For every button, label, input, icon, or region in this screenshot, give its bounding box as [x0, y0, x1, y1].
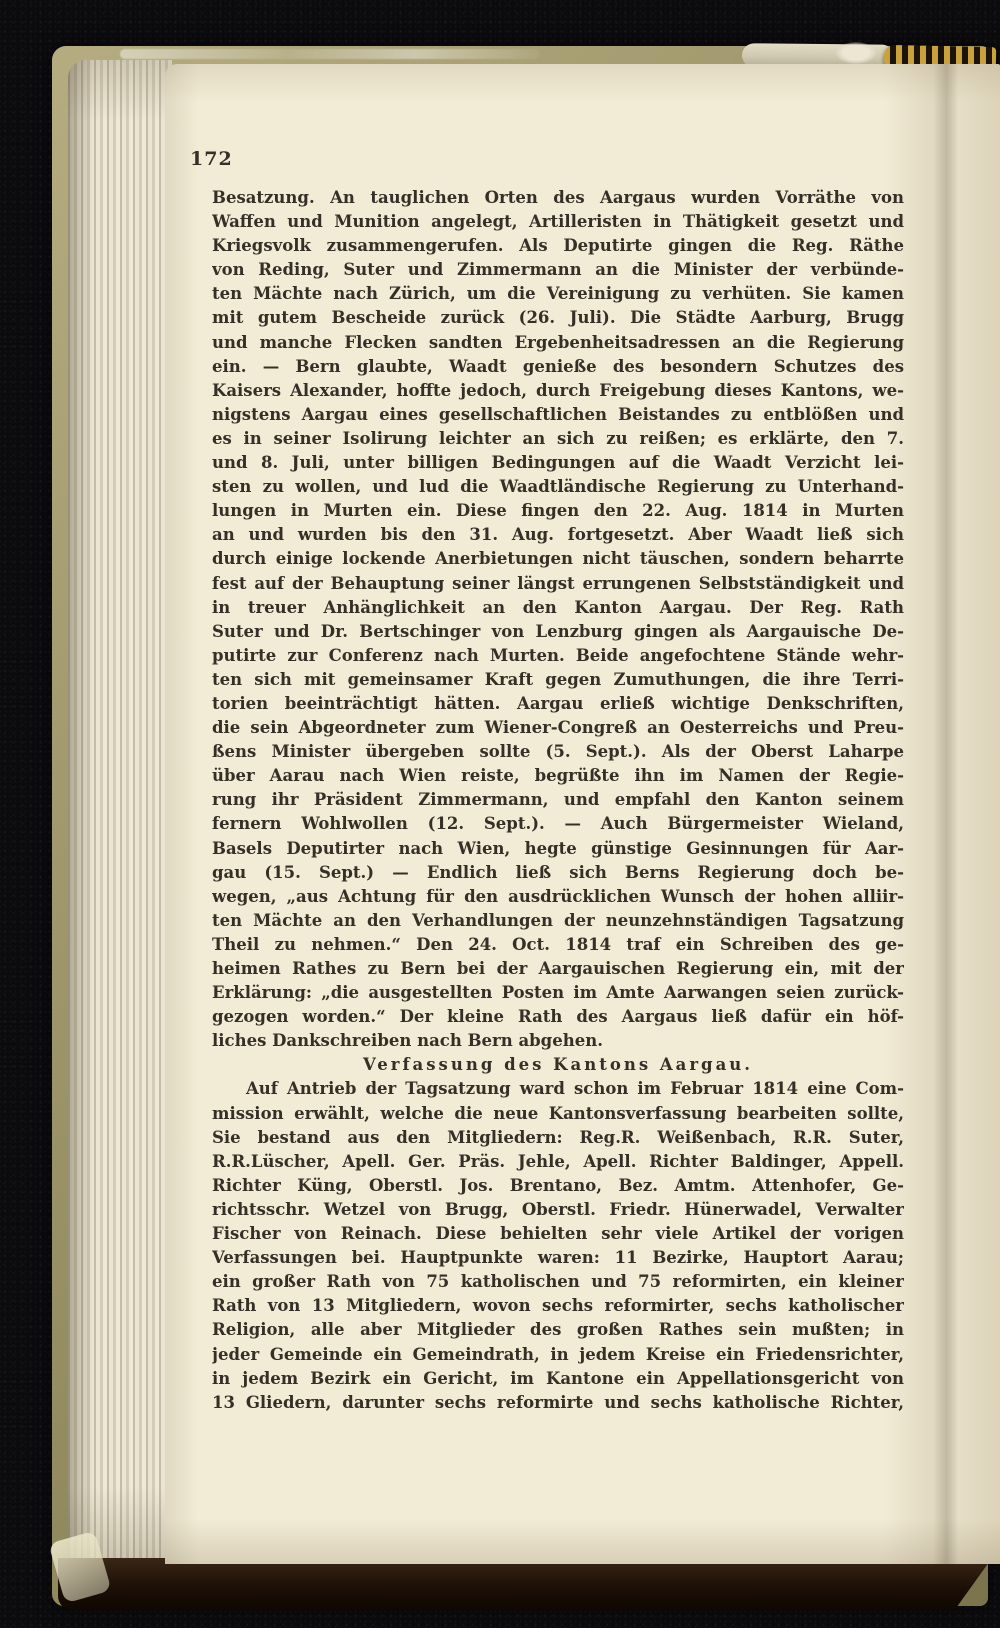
- text-line: ßens Minister übergeben sollte (5. Sept.…: [212, 742, 904, 766]
- text-line: Fischer von Reinach. Diese behielten seh…: [212, 1224, 904, 1248]
- text-line: 13 Gliedern, darunter sechs reformirte u…: [212, 1393, 904, 1417]
- text-line: von Reding, Suter und Zimmermann an die …: [212, 260, 904, 284]
- text-line: Kaisers Alexander, hoffte jedoch, durch …: [212, 381, 904, 405]
- text-line: in jedem Bezirk ein Gericht, im Kantone …: [212, 1369, 904, 1393]
- fanned-page-edges: [68, 60, 172, 1578]
- text-line: über Aarau nach Wien reiste, begrüßte ih…: [212, 766, 904, 790]
- text-line: ten Mächte nach Zürich, um die Vereinigu…: [212, 284, 904, 308]
- text-line: Verfassungen bei. Hauptpunkte waren: 11 …: [212, 1248, 904, 1272]
- spine-fluff: [836, 42, 876, 64]
- text-line: die sein Abgeordneter zum Wiener-Congreß…: [212, 718, 904, 742]
- section-heading: Verfassung des Kantons Aargau.: [212, 1055, 904, 1079]
- text-line: fest auf der Behauptung seiner längst er…: [212, 574, 904, 598]
- text-line: Theil zu nehmen.“ Den 24. Oct. 1814 traf…: [212, 935, 904, 959]
- text-line: R.R.Lüscher, Apell. Ger. Präs. Jehle, Ap…: [212, 1152, 904, 1176]
- text-line: nigstens Aargau eines gesellschaftlichen…: [212, 405, 904, 429]
- text-line: in treuer Anhänglichkeit an den Kanton A…: [212, 598, 904, 622]
- text-line: an und wurden bis den 31. Aug. fortgeset…: [212, 525, 904, 549]
- text-line: jeder Gemeinde ein Gemeindrath, in jedem…: [212, 1345, 904, 1369]
- text-line: Suter und Dr. Bertschinger von Lenzburg …: [212, 622, 904, 646]
- text-line: putirte zur Conferenz nach Murten. Beide…: [212, 646, 904, 670]
- text-line: ein großer Rath von 75 katholischen und …: [212, 1272, 904, 1296]
- text-line: liches Dankschreiben nach Bern abgehen.: [212, 1031, 904, 1055]
- text-line: gezogen worden.“ Der kleine Rath des Aar…: [212, 1007, 904, 1031]
- text-line: wegen, „aus Achtung für den ausdrücklich…: [212, 887, 904, 911]
- text-line: fernern Wohlwollen (12. Sept.). — Auch B…: [212, 814, 904, 838]
- text-line: ten sich mit gemeinsamer Kraft gegen Zum…: [212, 670, 904, 694]
- photo-scene: 172 Besatzung. An tauglichen Orten des A…: [0, 0, 1000, 1628]
- text-line: gau (15. Sept.) — Endlich ließ sich Bern…: [212, 863, 904, 887]
- text-line: Besatzung. An tauglichen Orten des Aarga…: [212, 188, 904, 212]
- text-line: heimen Rathes zu Bern bei der Aargauisch…: [212, 959, 904, 983]
- text-line: durch einige lockende Anerbietungen nich…: [212, 549, 904, 573]
- text-line: Sie bestand aus den Mitgliedern: Reg.R. …: [212, 1128, 904, 1152]
- text-line: Auf Antrieb der Tagsatzung ward schon im…: [212, 1079, 904, 1103]
- text-line: rung ihr Präsident Zimmermann, und empfa…: [212, 790, 904, 814]
- text-line: Richter Küng, Oberstl. Jos. Brentano, Be…: [212, 1176, 904, 1200]
- text-line: sten zu wollen, und lud die Waadtländisc…: [212, 477, 904, 501]
- book-page: 172 Besatzung. An tauglichen Orten des A…: [165, 64, 1000, 1564]
- text-line: Religion, alle aber Mitglieder des große…: [212, 1320, 904, 1344]
- text-block: Besatzung. An tauglichen Orten des Aarga…: [212, 188, 904, 1417]
- book-bottom-edge: [58, 1558, 992, 1610]
- text-line: Rath von 13 Mitgliedern, wovon sechs ref…: [212, 1296, 904, 1320]
- text-line: Basels Deputirter nach Wien, hegte günst…: [212, 839, 904, 863]
- text-line: mit gutem Bescheide zurück (26. Juli). D…: [212, 308, 904, 332]
- text-line: torien beeinträchtigt hätten. Aargau erl…: [212, 694, 904, 718]
- text-line: mission erwählt, welche die neue Kantons…: [212, 1104, 904, 1128]
- text-line: und 8. Juli, unter billigen Bedingungen …: [212, 453, 904, 477]
- page-number: 172: [190, 148, 233, 170]
- text-line: richtsschr. Wetzel von Brugg, Oberstl. F…: [212, 1200, 904, 1224]
- text-line: ten Mächte an den Verhandlungen der neun…: [212, 911, 904, 935]
- text-line: ein. — Bern glaubte, Waadt genieße des b…: [212, 357, 904, 381]
- text-line: Kriegsvolk zusammengerufen. Als Deputirt…: [212, 236, 904, 260]
- text-line: Erklärung: „die ausgestellten Posten im …: [212, 983, 904, 1007]
- text-line: es in seiner Isolirung leichter an sich …: [212, 429, 904, 453]
- text-line: Waffen und Munition angelegt, Artilleris…: [212, 212, 904, 236]
- text-line: lungen in Murten ein. Diese fingen den 2…: [212, 501, 904, 525]
- cover-gloss-highlight: [120, 49, 540, 59]
- text-line: und manche Flecken sandten Ergebenheitsa…: [212, 333, 904, 357]
